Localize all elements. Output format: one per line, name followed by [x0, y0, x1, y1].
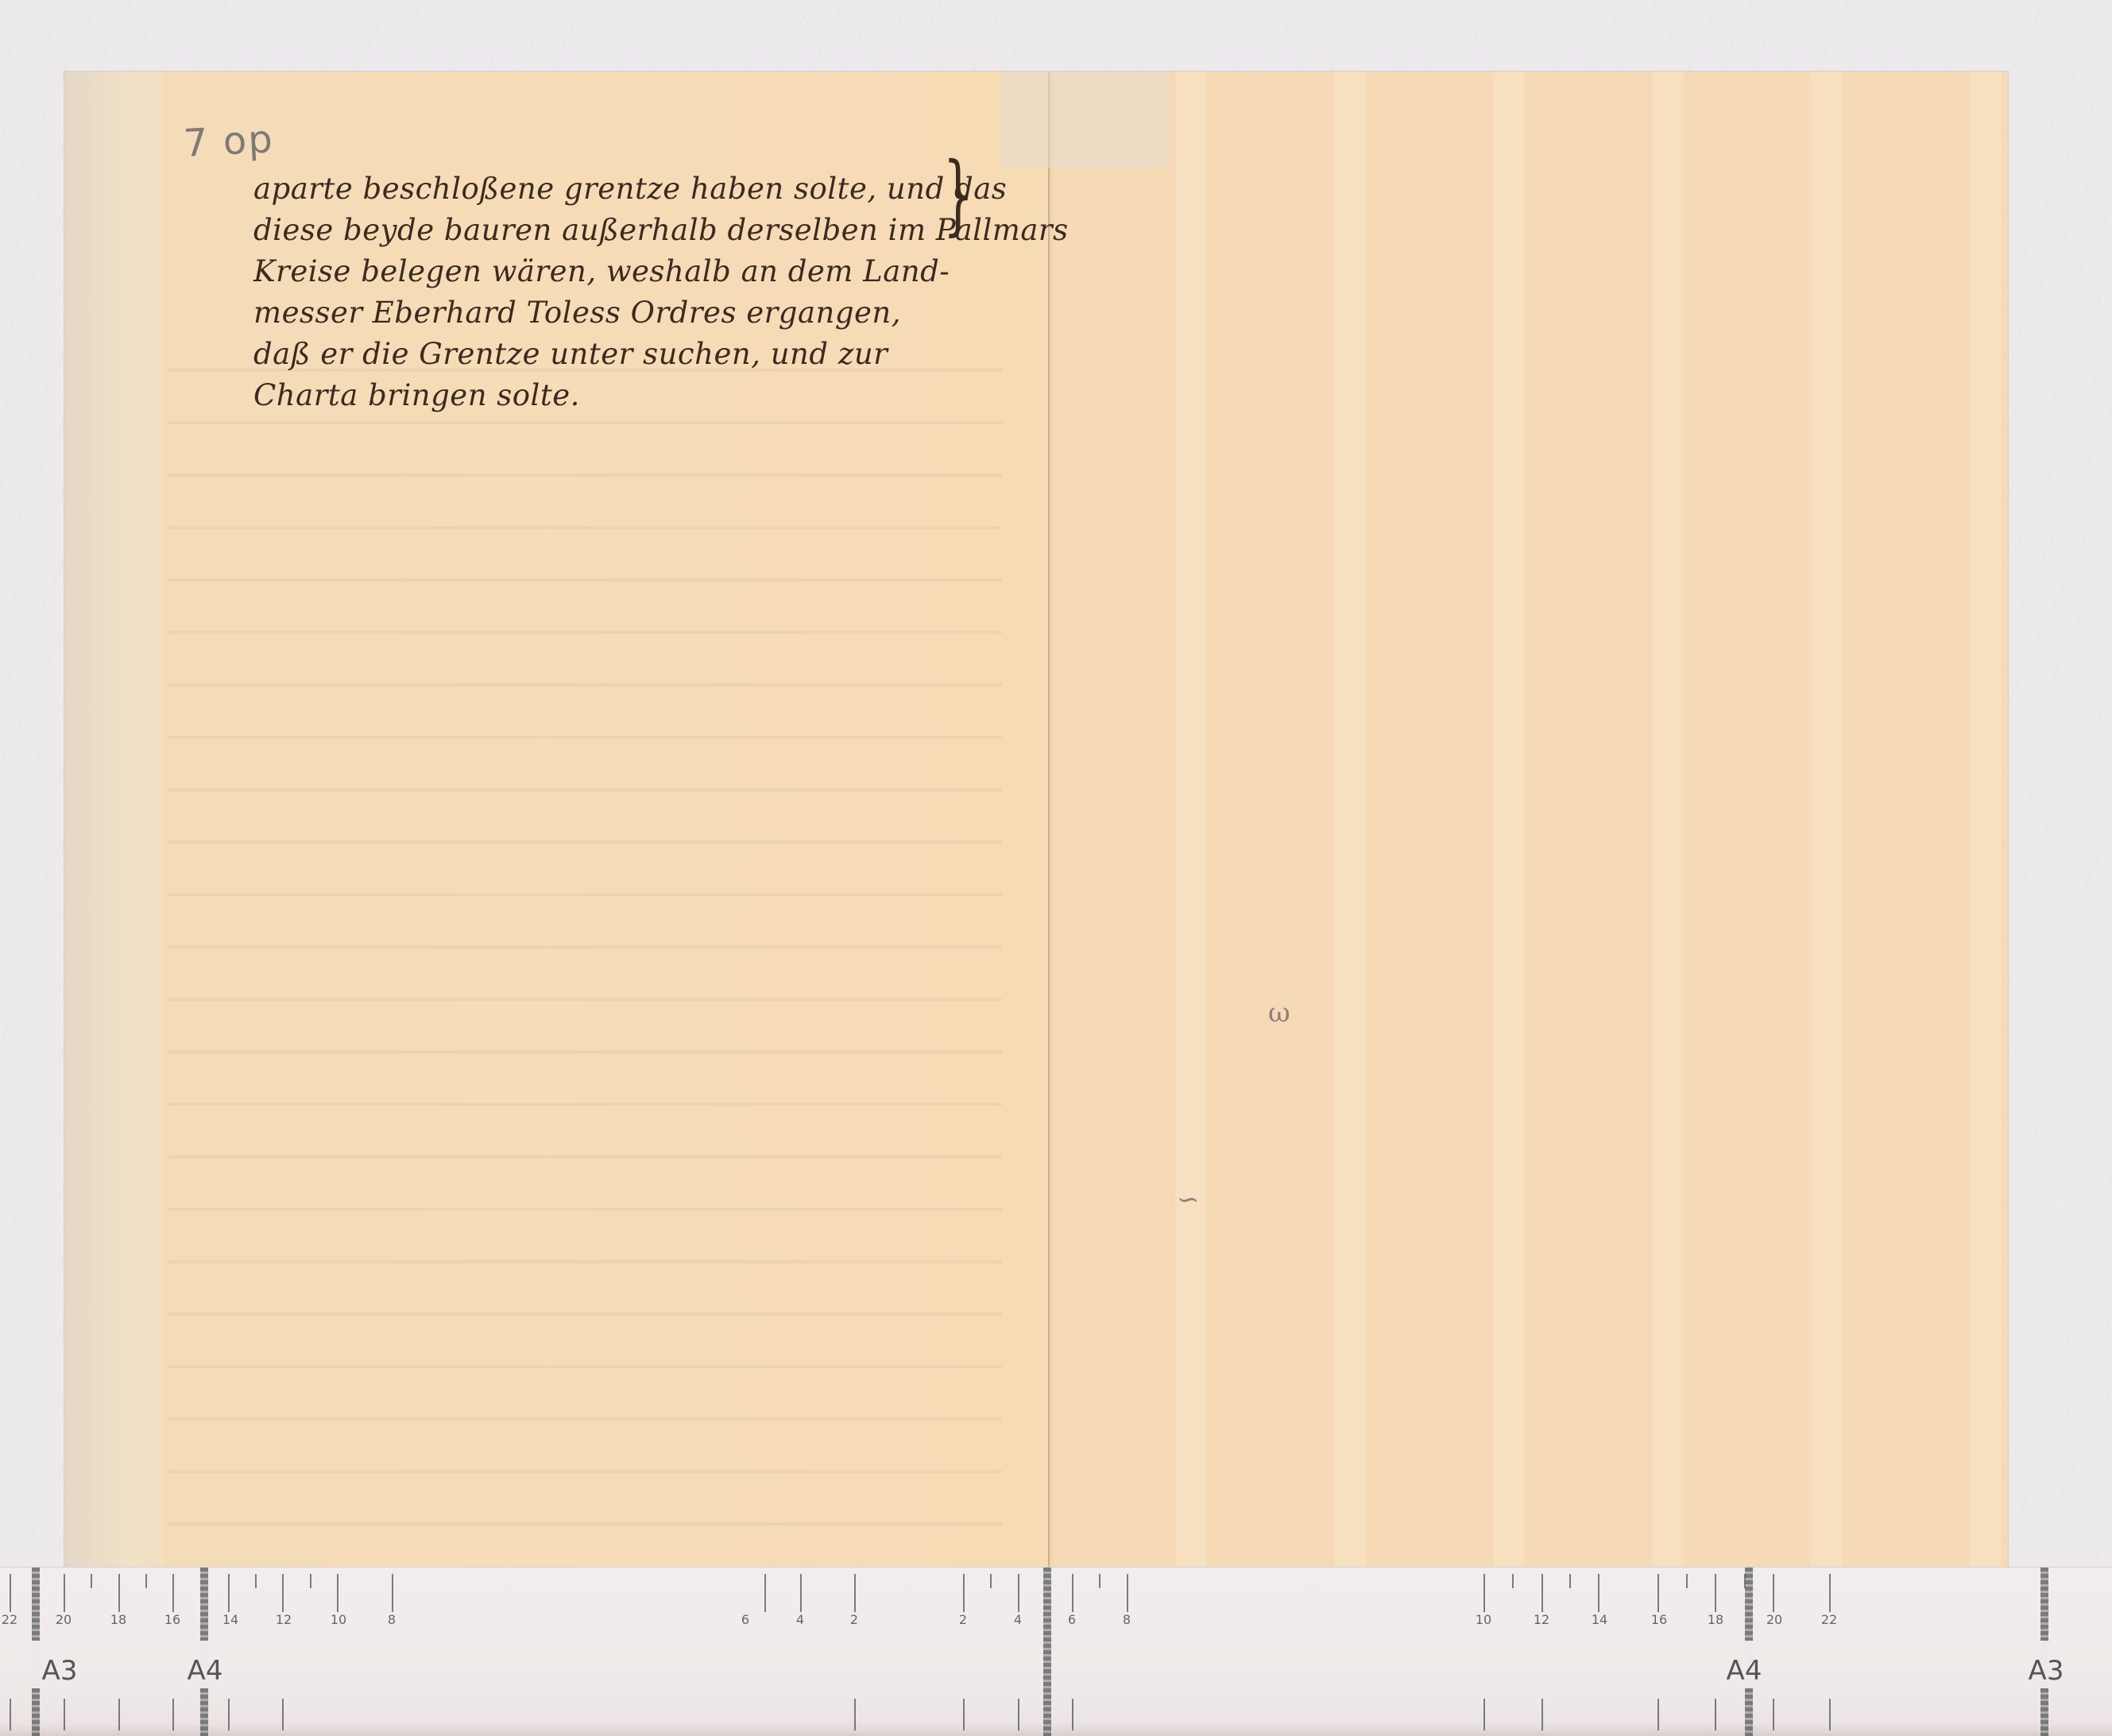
ruler-label: 20 [1766, 1612, 1782, 1627]
a3-label-left: A3 [42, 1655, 78, 1687]
ruler-tick [91, 1574, 92, 1588]
ruler-tick [1483, 1574, 1485, 1612]
center-zero-mark [1043, 1568, 1051, 1736]
ruler-tick [1541, 1574, 1543, 1612]
ruler-tick [1512, 1574, 1514, 1588]
ruler-label: 2 [959, 1612, 967, 1627]
ruler-label: 14 [222, 1612, 238, 1627]
ruler-label: 12 [276, 1612, 292, 1627]
ruler-label: 22 [1821, 1612, 1837, 1627]
ruler-tick [1569, 1574, 1571, 1588]
paper-repair-patch [1002, 72, 1169, 168]
ruler-tick [1715, 1574, 1716, 1612]
ruler-label: 8 [388, 1612, 396, 1627]
ruler-tick [228, 1574, 230, 1612]
ruler-tick [764, 1574, 766, 1612]
ruler-tick [337, 1574, 338, 1612]
ruler-tick [1773, 1699, 1774, 1730]
ruler-tick [1127, 1574, 1128, 1612]
measuring-ruler: 22 20 18 16 14 12 10 8 6 4 2 2 4 6 8 10 … [0, 1567, 2112, 1736]
ruler-tick [1483, 1699, 1485, 1730]
ruler-tick [1657, 1699, 1659, 1730]
a4-size-bar [1745, 1568, 1753, 1736]
ruler-tick [1829, 1699, 1831, 1730]
ruler-tick [963, 1699, 965, 1730]
manuscript-line: messer Eberhard Toless Ordres ergangen, [253, 292, 1096, 334]
ruler-tick [854, 1574, 856, 1612]
ruler-tick [1715, 1699, 1716, 1730]
ruler-tick [854, 1699, 856, 1730]
ruler-label: 16 [1651, 1612, 1667, 1627]
manuscript-line: Kreise belegen wären, weshalb an dem Lan… [253, 251, 1096, 292]
ruler-tick [1018, 1699, 1019, 1730]
right-page [1048, 72, 2008, 1569]
ruler-label: 2 [850, 1612, 858, 1627]
pencil-squiggle-icon: ∽ [1177, 1184, 1200, 1216]
a4-label-left: A4 [188, 1655, 223, 1687]
a3-size-bar [2040, 1568, 2048, 1736]
ruler-label: 16 [164, 1612, 180, 1627]
ink-bleed-through [168, 326, 1002, 1549]
ruler-label: 6 [1068, 1612, 1076, 1627]
ruler-tick [64, 1574, 65, 1612]
pencil-squiggle-icon: ω [1268, 997, 1290, 1029]
ruler-tick [1099, 1574, 1100, 1588]
ruler-tick [145, 1574, 147, 1588]
ruler-tick [64, 1699, 65, 1730]
ruler-tick [228, 1699, 230, 1730]
pencil-annotation: 7 op [183, 117, 275, 166]
ruler-label: 12 [1534, 1612, 1549, 1627]
ruler-label: 18 [110, 1612, 126, 1627]
ruler-label: 4 [1014, 1612, 1022, 1627]
ruler-tick [1018, 1574, 1019, 1612]
ruler-tick [1072, 1699, 1073, 1730]
ruler-label: 4 [796, 1612, 804, 1627]
ruler-tick [172, 1699, 174, 1730]
ruler-tick [990, 1574, 992, 1588]
manuscript-line: daß er die Grentze unter suchen, und zur [253, 334, 1096, 375]
binding-stub [64, 72, 164, 1569]
ruler-label: 10 [1476, 1612, 1491, 1627]
ruler-label: 14 [1592, 1612, 1607, 1627]
ruler-tick [172, 1574, 174, 1612]
ruler-tick [118, 1574, 120, 1612]
ruler-label: 20 [56, 1612, 72, 1627]
ruler-label: 8 [1123, 1612, 1131, 1627]
ruler-tick [282, 1699, 284, 1730]
ruler-tick [1773, 1574, 1774, 1612]
brace-mark-icon: } [943, 143, 974, 245]
manuscript-line: Charta bringen solte. [253, 375, 1096, 416]
ruler-tick [255, 1574, 257, 1588]
ruler-tick [282, 1574, 284, 1612]
ruler-tick [800, 1574, 802, 1612]
ruler-tick [1657, 1574, 1659, 1612]
a4-size-bar [200, 1568, 208, 1736]
ruler-label: 6 [741, 1612, 749, 1627]
ruler-tick [1829, 1574, 1831, 1612]
a3-label-right: A3 [2029, 1655, 2064, 1687]
ruler-tick [1686, 1574, 1688, 1588]
a4-label-right: A4 [1727, 1655, 1762, 1687]
ruler-tick [10, 1699, 11, 1730]
ruler-label: 22 [2, 1612, 17, 1627]
ruler-label: 10 [331, 1612, 346, 1627]
ruler-tick [1072, 1574, 1073, 1612]
ruler-label: 18 [1708, 1612, 1723, 1627]
ruler-tick [310, 1574, 311, 1588]
ruler-tick [10, 1574, 11, 1612]
ruler-tick [118, 1699, 120, 1730]
ruler-tick [963, 1574, 965, 1612]
manuscript-sheet: 7 op aparte beschloßene grentze haben so… [64, 72, 2008, 1569]
ruler-tick [1598, 1574, 1599, 1612]
ruler-tick [1541, 1699, 1543, 1730]
a3-size-bar [32, 1568, 40, 1736]
ruler-tick [392, 1574, 393, 1612]
